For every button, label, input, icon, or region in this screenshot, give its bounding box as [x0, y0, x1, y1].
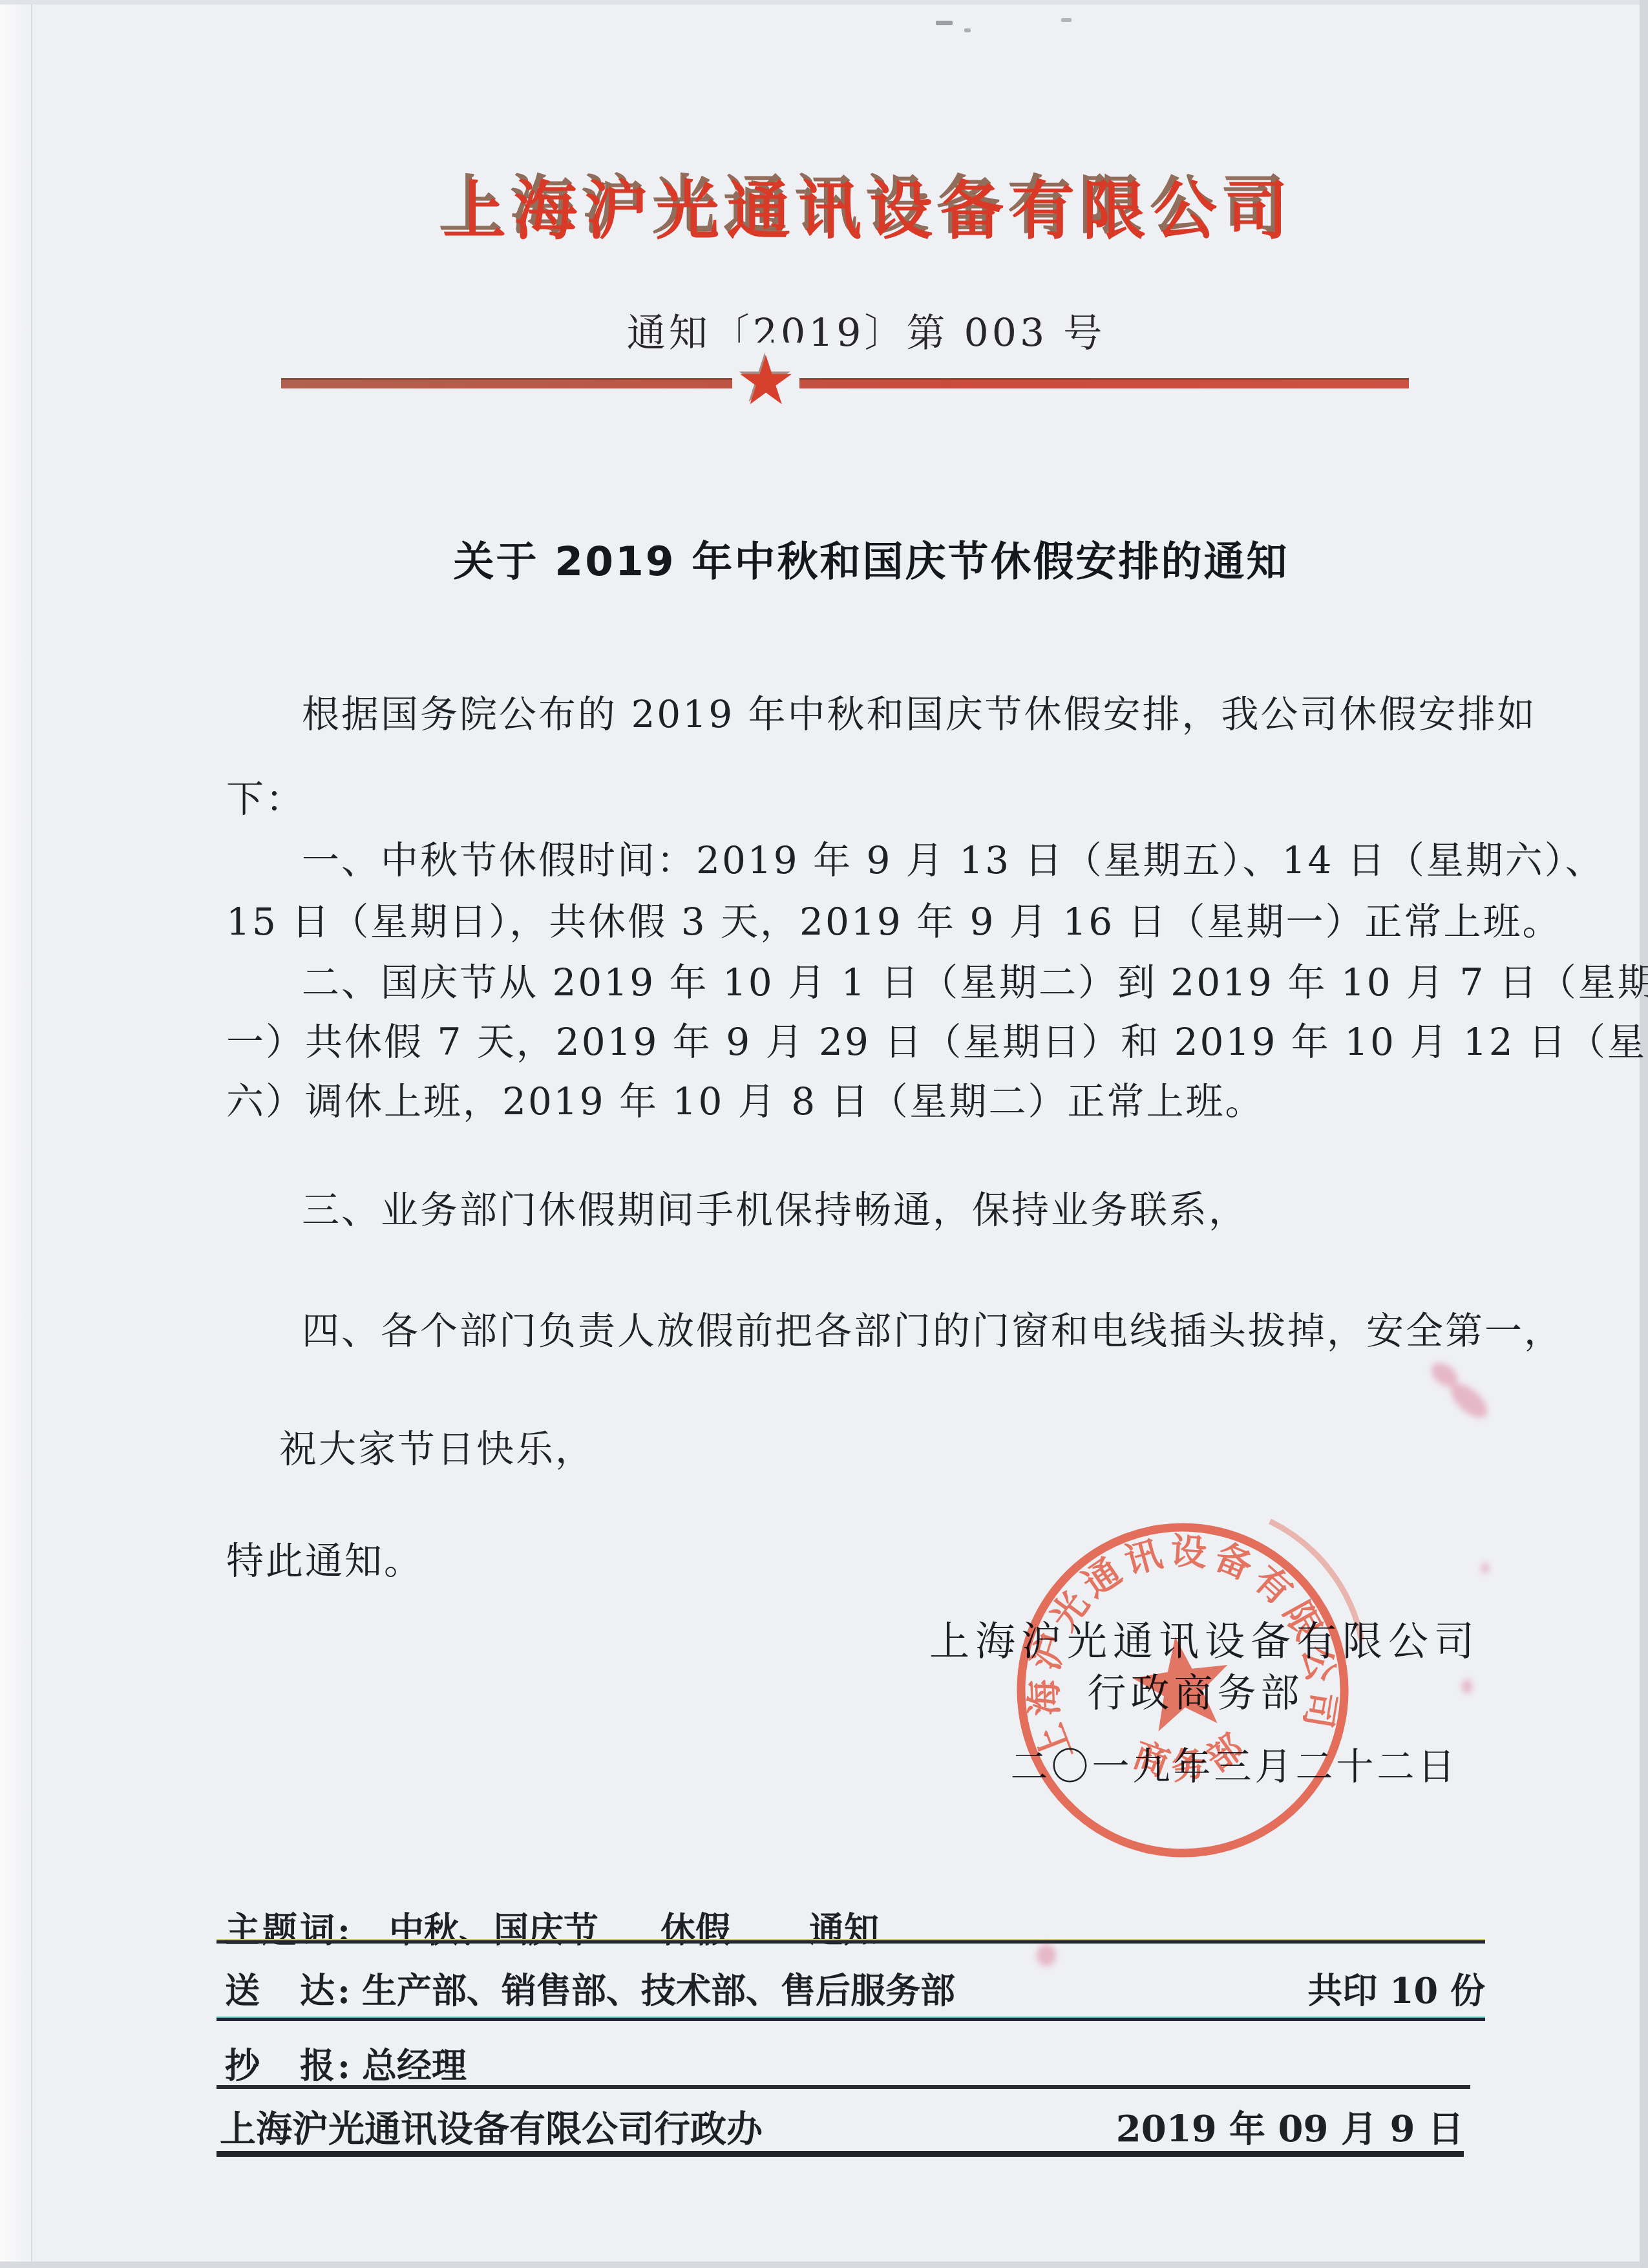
copy-label: 抄 报:	[225, 2039, 353, 2088]
body-line: 15 日（星期日），共休假 3 天，2019 年 9 月 16 日（星期一）正常…	[226, 900, 1562, 944]
send-value: 生产部、销售部、技术部、售后服务部	[362, 1964, 955, 2013]
body-line: 三、业务部门休假期间手机保持畅通，保持业务联系，	[302, 1189, 1248, 1232]
footer-rule	[217, 2085, 1470, 2089]
seal-star-icon	[1128, 1631, 1235, 1734]
body-line: 一）共休假 7 天，2019 年 9 月 29 日（星期日）和 2019 年 1…	[226, 1021, 1648, 1064]
footer-rule	[217, 2151, 1464, 2157]
paper-fold-line	[31, 0, 32, 2268]
notice-title: 关于 2019 年中秋和国庆节休假安排的通知	[47, 529, 1648, 588]
subject-keyword: 通知	[809, 1903, 879, 1953]
print-date: 2019 年 09 月 9 日	[1116, 2101, 1464, 2152]
body-line: 四、各个部门负责人放假前把各部门的门窗和电线插头拔掉，安全第一，	[302, 1309, 1563, 1353]
footer-rule	[217, 1939, 1485, 1944]
document-page: 上海沪光通讯设备有限公司 通知〔2019〕第 003 号 ★ 关于 2019 年…	[0, 0, 1648, 2268]
footer-office-row: 上海沪光通讯设备有限公司行政办 2019 年 09 月 9 日	[220, 2101, 1464, 2152]
letterhead-company-name: 上海沪光通讯设备有限公司	[45, 160, 1648, 251]
document-number: 通知〔2019〕第 003 号	[42, 302, 1648, 358]
ink-smudge	[1462, 1679, 1472, 1693]
company-seal-stamp: 上海沪光通讯设备有限公司 商务部	[963, 1461, 1430, 1929]
seal-bottom-text-holder: 商务部	[1123, 1719, 1262, 1794]
footer-copy-row: 抄 报: 总经理	[225, 2039, 1485, 2088]
footer-rule	[217, 2017, 1485, 2021]
scan-speck	[964, 28, 971, 32]
red-divider-line	[281, 378, 1409, 388]
ink-smudge	[1481, 1563, 1489, 1573]
copy-value: 总经理	[362, 2039, 467, 2088]
body-line: 下：	[226, 778, 305, 821]
seal-bottom-text: 商务部	[1123, 1719, 1262, 1794]
body-line: 二、国庆节从 2019 年 10 月 1 日（星期二）到 2019 年 10 月…	[302, 961, 1648, 1004]
subject-keyword: 中秋、国庆节	[389, 1903, 598, 1953]
scan-edge-bottom	[0, 2262, 1648, 2268]
body-line: 特此通知。	[226, 1540, 423, 1583]
body-line: 一、中秋节休假时间：2019 年 9 月 13 日（星期五）、14 日（星期六）…	[302, 839, 1605, 882]
footer-send-row: 送 达: 生产部、销售部、技术部、售后服务部 共印 10 份	[225, 1964, 1485, 2013]
scan-edge-top	[0, 0, 1648, 5]
scan-speck	[1061, 18, 1072, 22]
print-copies: 共印 10 份	[1307, 1964, 1485, 2013]
body-line: 六）调休上班，2019 年 10 月 8 日（星期二）正常上班。	[226, 1080, 1265, 1123]
scan-speck	[936, 21, 953, 25]
body-line: 根据国务院公布的 2019 年中秋和国庆节休假安排，我公司休假安排如	[302, 693, 1536, 736]
issuing-office: 上海沪光通讯设备有限公司行政办	[220, 2101, 763, 2152]
body-line: 祝大家节日快乐，	[279, 1428, 595, 1471]
star-icon: ★	[735, 341, 796, 420]
send-label: 送 达:	[225, 1964, 353, 2013]
subject-keyword: 休假	[660, 1903, 730, 1953]
footer-subject-row: 主题词: 中秋、国庆节 休假 通知	[225, 1903, 1485, 1953]
ink-smudge	[1445, 1377, 1494, 1424]
scan-edge-left	[0, 0, 36, 2268]
subject-label: 主题词:	[225, 1903, 353, 1953]
divider-star-holder: ★	[732, 343, 799, 420]
